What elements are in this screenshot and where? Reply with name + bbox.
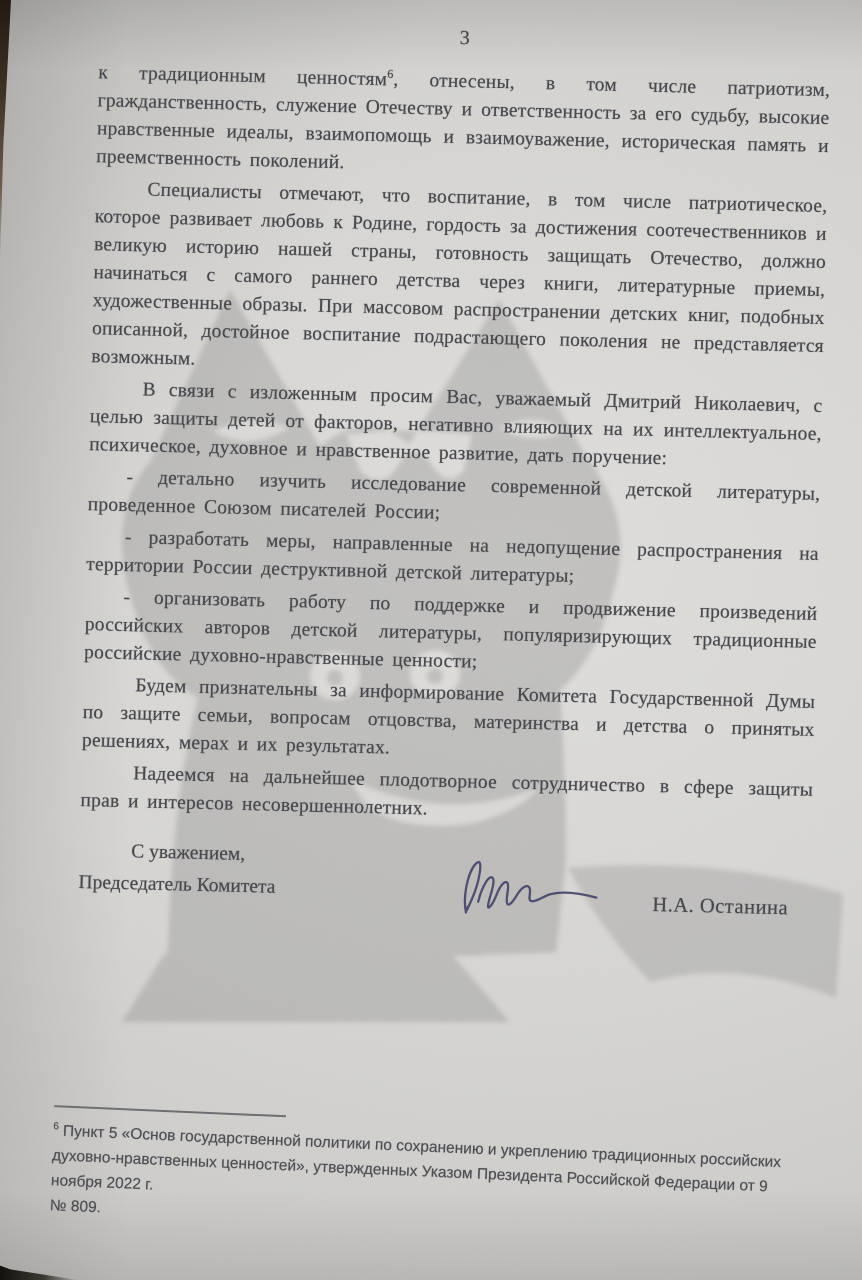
paragraph-gratitude: Будем признательны за информирование Ком… (82, 671, 816, 773)
letter-sheet: 3 к традиционным ценностям6, отнесены, в… (69, 15, 831, 1273)
footnote-text: Пункт 5 «Основ государственной политики … (51, 1123, 782, 1196)
footnote-decree-number: № 809. (49, 1193, 807, 1251)
paragraph-1-text: к традиционным ценностям (98, 62, 387, 90)
document-photo: 3 к традиционным ценностям6, отнесены, в… (0, 0, 862, 1280)
footnote-text-wrap: 6 Пункт 5 «Основ государственной политик… (49, 1114, 811, 1251)
list-item-support-authors: - организовать работу по поддержке и про… (84, 583, 818, 685)
footnote-block: 6 Пункт 5 «Основ государственной политик… (49, 1105, 811, 1251)
paragraph-request: В связи с изложенным просим Вас, уважаем… (89, 375, 823, 477)
footnote-number: 6 (53, 1121, 59, 1132)
closing-block: С уважением, Председатель Комитета Н.А. … (77, 837, 811, 951)
signature-scribble (446, 848, 608, 930)
closing-name: Н.А. Останина (652, 891, 788, 922)
paragraph-specialists: Специалисты отмечают, что воспитание, в … (91, 175, 828, 389)
paragraph-traditional-values: к традиционным ценностям6, отнесены, в т… (96, 59, 831, 189)
